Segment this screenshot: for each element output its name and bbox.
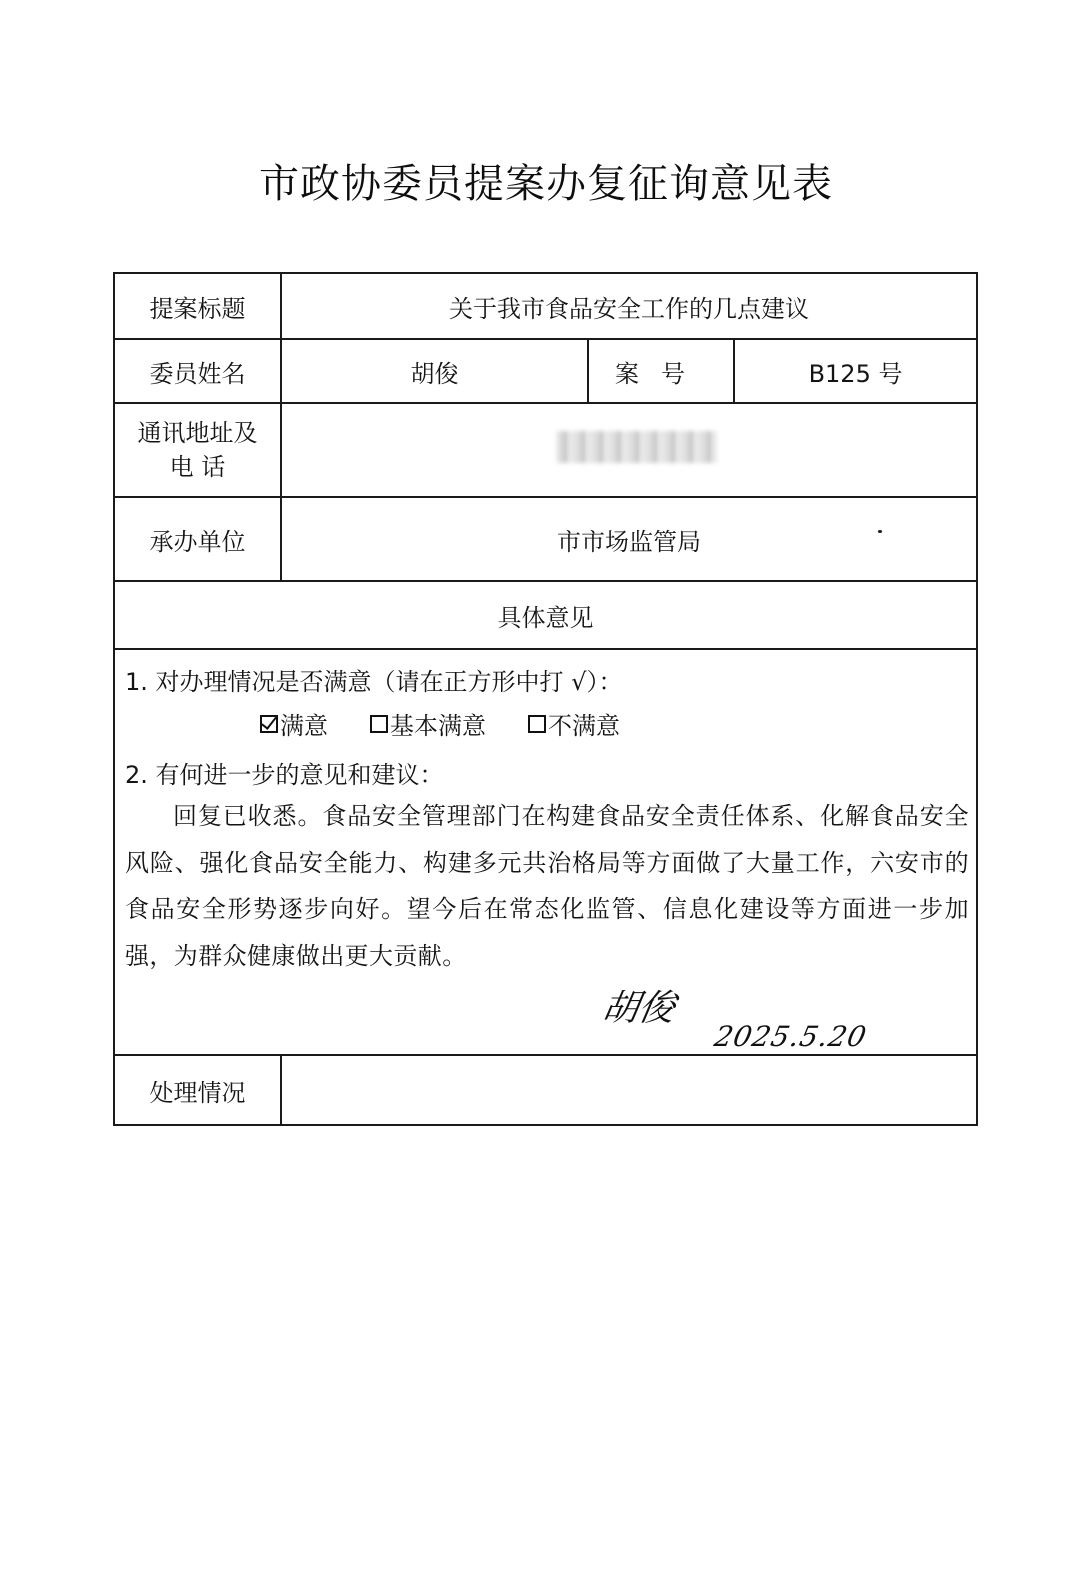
handling-unit-label: 承办单位 xyxy=(114,497,281,581)
row-member-name: 委员姓名 胡俊 案号 B125 号 xyxy=(114,339,977,403)
handling-status-value[interactable] xyxy=(281,1055,977,1125)
opinion-body: 1. 对办理情况是否满意（请在正方形中打 √）： 满意 基本满意 不满意 2. … xyxy=(114,649,977,1055)
row-opinion-body: 1. 对办理情况是否满意（请在正方形中打 √）： 满意 基本满意 不满意 2. … xyxy=(114,649,977,1055)
case-number-value: B125 号 xyxy=(734,339,977,403)
option-unsatisfied[interactable]: 不满意 xyxy=(528,706,620,741)
option-label: 基本满意 xyxy=(390,706,486,741)
member-name-value: 胡俊 xyxy=(281,339,588,403)
contact-label: 通讯地址及 电 话 xyxy=(114,403,281,497)
row-contact: 通讯地址及 电 话 xyxy=(114,403,977,497)
redacted-contact-info xyxy=(557,431,717,463)
checkbox-empty-icon[interactable] xyxy=(528,715,546,733)
handwritten-signature: 胡俊 xyxy=(599,980,680,1031)
case-number-label: 案号 xyxy=(588,339,734,403)
contact-label-line1: 通讯地址及 xyxy=(115,416,280,450)
opinion-answer: 回复已收悉。食品安全管理部门在构建食品安全责任体系、化解食品安全风险、强化食品安… xyxy=(125,793,969,979)
member-name-label: 委员姓名 xyxy=(114,339,281,403)
option-satisfied[interactable]: 满意 xyxy=(260,706,328,741)
proposal-title-value: 关于我市食品安全工作的几点建议 xyxy=(281,273,977,339)
option-label: 满意 xyxy=(280,706,328,741)
option-label: 不满意 xyxy=(548,706,620,741)
proposal-title-label: 提案标题 xyxy=(114,273,281,339)
handwritten-date: 2025.5.20 xyxy=(711,1020,870,1053)
page-title: 市政协委员提案办复征询意见表 xyxy=(0,152,1080,209)
handling-unit-cell: 市市场监管局 xyxy=(281,497,977,581)
question-2: 2. 有何进一步的意见和建议： xyxy=(125,755,444,790)
checkbox-checked-icon[interactable] xyxy=(260,715,278,733)
option-basically-satisfied[interactable]: 基本满意 xyxy=(370,706,486,741)
row-proposal-title: 提案标题 关于我市食品安全工作的几点建议 xyxy=(114,273,977,339)
handling-status-label: 处理情况 xyxy=(114,1055,281,1125)
contact-label-line2: 电 话 xyxy=(115,450,280,484)
handling-unit-value: 市市场监管局 xyxy=(557,528,701,556)
checkbox-empty-icon[interactable] xyxy=(370,715,388,733)
row-handling-status: 处理情况 xyxy=(114,1055,977,1125)
row-handling-unit: 承办单位 市市场监管局 xyxy=(114,497,977,581)
question-1: 1. 对办理情况是否满意（请在正方形中打 √）： xyxy=(125,662,622,697)
opinion-header: 具体意见 xyxy=(114,581,977,649)
contact-value xyxy=(281,403,977,497)
satisfaction-options: 满意 基本满意 不满意 xyxy=(260,706,662,741)
ink-mark xyxy=(878,530,882,533)
row-opinion-header: 具体意见 xyxy=(114,581,977,649)
proposal-feedback-form: 提案标题 关于我市食品安全工作的几点建议 委员姓名 胡俊 案号 B125 号 通… xyxy=(113,272,978,1126)
